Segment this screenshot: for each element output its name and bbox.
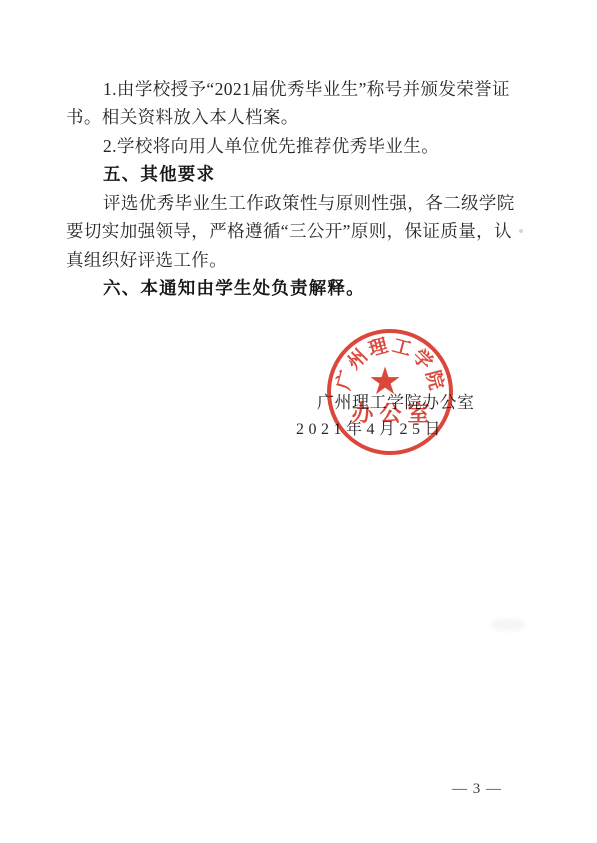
section-heading-5: 五、其他要求 <box>66 164 215 184</box>
star-icon: ★ <box>368 362 402 400</box>
official-seal: 广 州 理 工 学 院 ★ 办公室 <box>327 329 453 455</box>
body-line-7: 真组织好评选工作。 <box>66 250 227 270</box>
body-line-2: 书。相关资料放入本人档案。 <box>66 107 299 127</box>
body-line-1: 1.由学校授予“2021届优秀毕业生”称号并颁发荣誉证 <box>66 79 510 99</box>
document-page: 1.由学校授予“2021届优秀毕业生”称号并颁发荣誉证 书。相关资料放入本人档案… <box>0 0 597 843</box>
scan-smudge <box>490 618 526 631</box>
section-heading-6: 六、本通知由学生处负责解释。 <box>66 278 365 298</box>
body-line-3: 2.学校将向用人单位优先推荐优秀毕业生。 <box>66 136 439 156</box>
body-line-5: 评选优秀毕业生工作政策性与原则性强，各二级学院 <box>66 193 515 213</box>
page-number: — 3 — <box>452 781 502 798</box>
scan-speck <box>519 229 523 233</box>
body-line-6: 要切实加强领导，严格遵循“三公开”原则，保证质量，认 <box>66 221 512 241</box>
seal-bottom-text: 办公室 <box>327 402 453 426</box>
